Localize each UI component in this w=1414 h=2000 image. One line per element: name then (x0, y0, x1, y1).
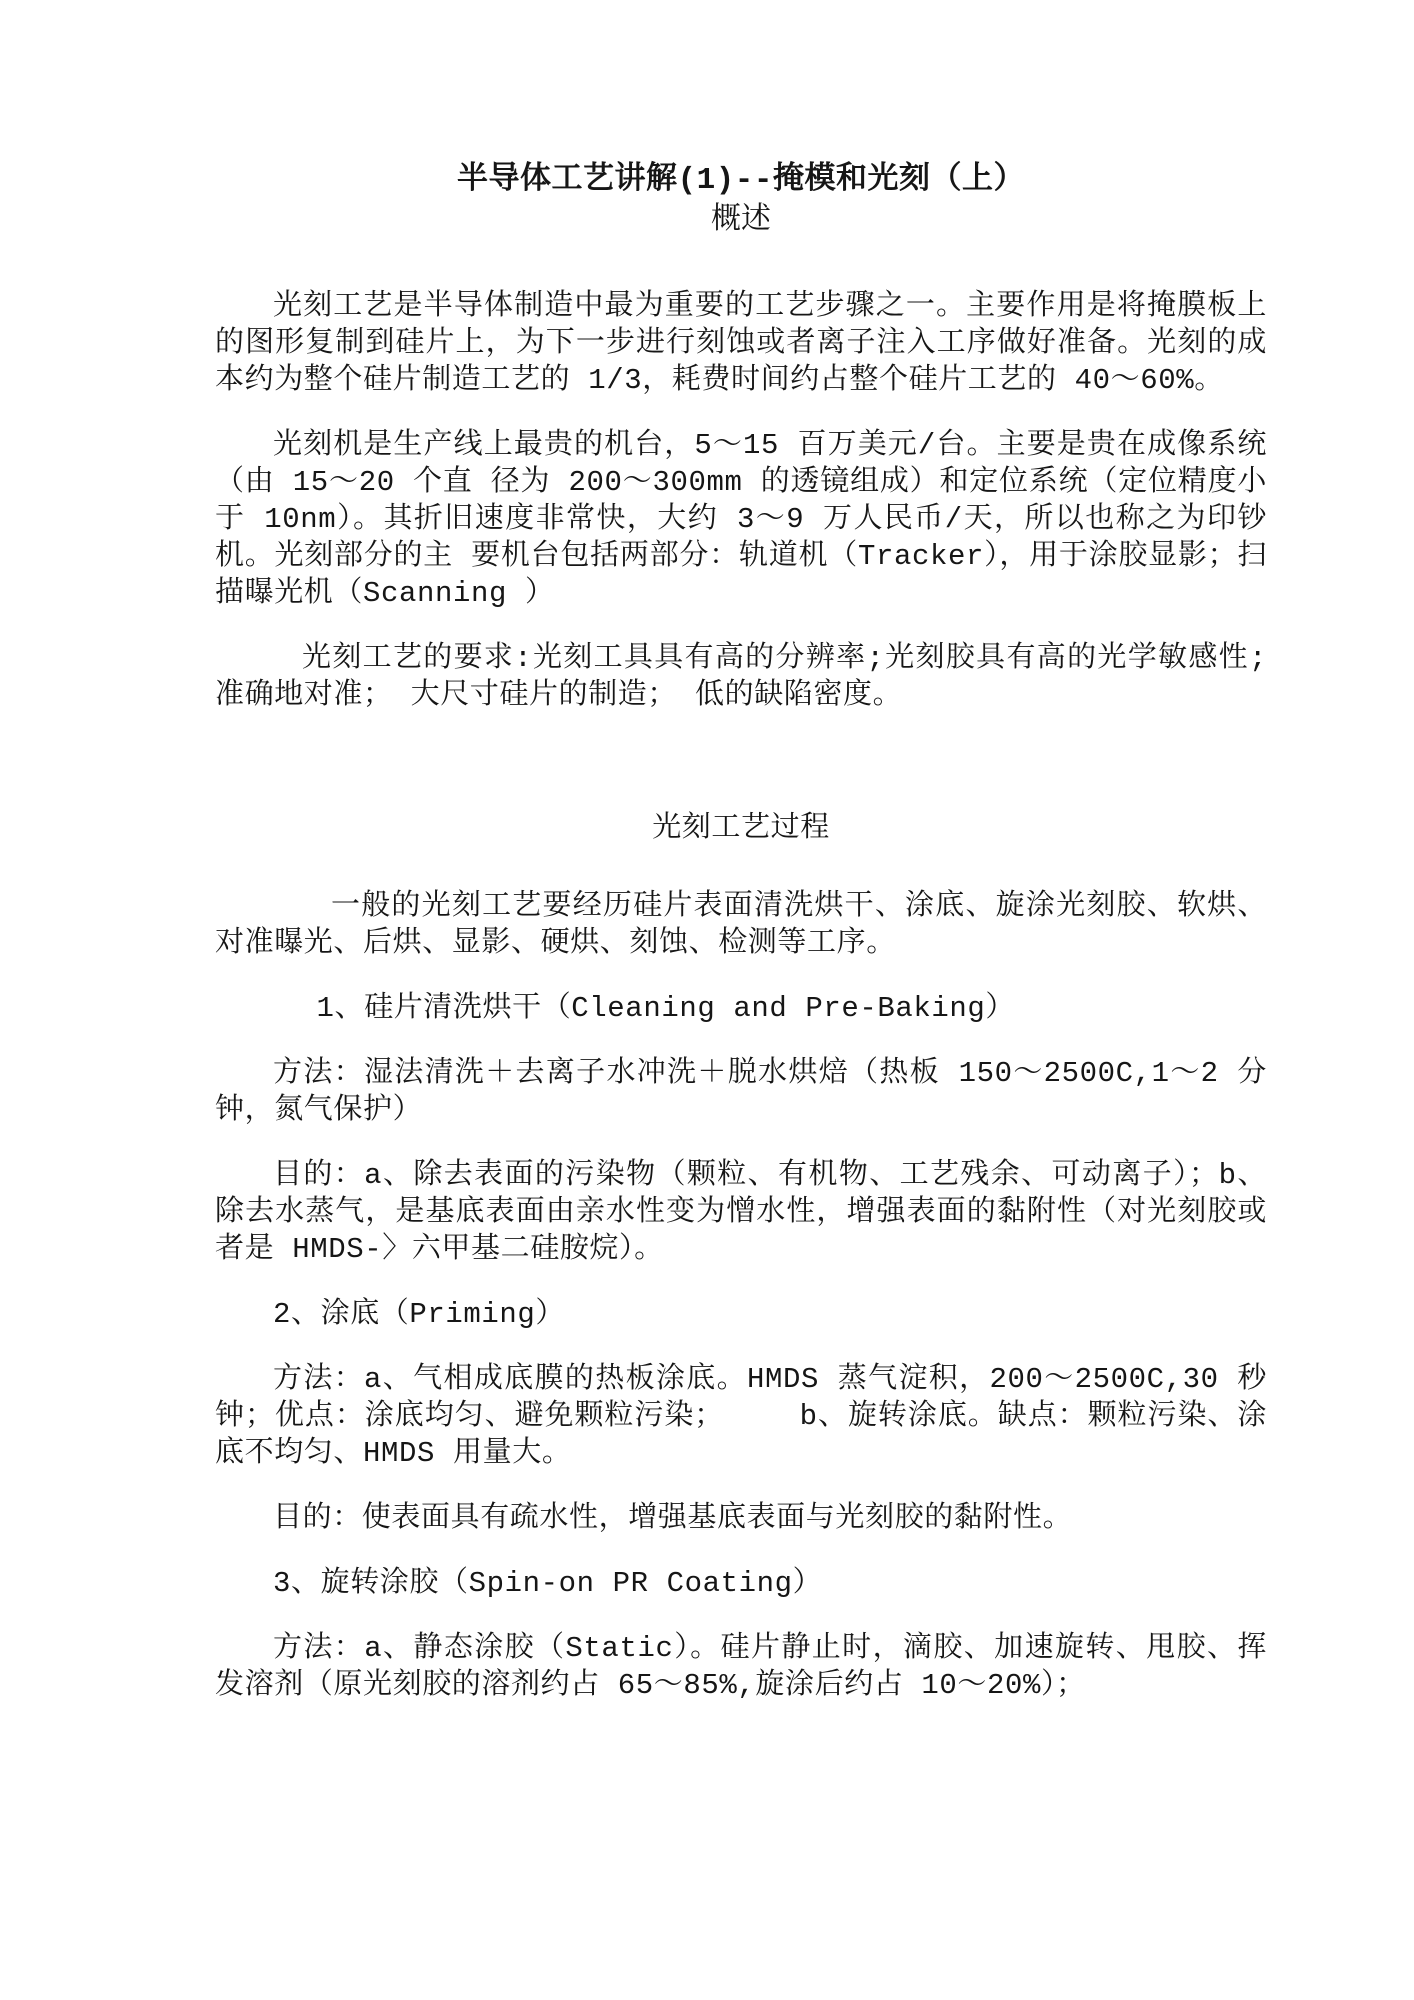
item-3-spin-on-coating: 3、旋转涂胶（Spin-on PR Coating） (215, 1565, 1267, 1602)
paragraph-spin-coating-method: 方法：a、静态涂胶（Static）。硅片静止时，滴胶、加速旋转、甩胶、挥发溶剂（… (215, 1630, 1267, 1704)
document-page: 半导体工艺讲解(1)--掩模和光刻（上） 概述 光刻工艺是半导体制造中最为重要的… (0, 0, 1414, 2000)
doc-subtitle: 概述 (215, 202, 1267, 240)
paragraph-priming-purpose: 目的：使表面具有疏水性，增强基底表面与光刻胶的黏附性。 (215, 1500, 1267, 1537)
paragraph-litho-requirements: 光刻工艺的要求:光刻工具具有高的分辨率;光刻胶具有高的光学敏感性;准确地对准； … (215, 640, 1267, 714)
paragraph-priming-method: 方法：a、气相成底膜的热板涂底。HMDS 蒸气淀积，200～2500C,30 秒… (215, 1361, 1267, 1472)
paragraph-cleaning-method: 方法：湿法清洗＋去离子水冲洗＋脱水烘焙（热板 150～2500C,1～2 分钟，… (215, 1055, 1267, 1129)
doc-title: 半导体工艺讲解(1)--掩模和光刻（上） (215, 160, 1267, 202)
paragraph-process-overview: 一般的光刻工艺要经历硅片表面清洗烘干、涂底、旋涂光刻胶、软烘、对准曝光、后烘、显… (215, 888, 1267, 962)
section-heading-process: 光刻工艺过程 (215, 810, 1267, 848)
paragraph-cleaning-purpose: 目的：a、除去表面的污染物（颗粒、有机物、工艺残余、可动离子）；b、除去水蒸气，… (215, 1157, 1267, 1268)
paragraph-litho-intro: 光刻工艺是半导体制造中最为重要的工艺步骤之一。主要作用是将掩膜板上的图形复制到硅… (215, 288, 1267, 399)
item-1-cleaning-prebaking: 1、硅片清洗烘干（Cleaning and Pre-Baking） (215, 990, 1267, 1027)
item-2-priming: 2、涂底（Priming） (215, 1296, 1267, 1333)
document-body: 半导体工艺讲解(1)--掩模和光刻（上） 概述 光刻工艺是半导体制造中最为重要的… (0, 0, 1414, 1704)
paragraph-litho-machine: 光刻机是生产线上最贵的机台，5～15 百万美元/台。主要是贵在成像系统（由 15… (215, 427, 1267, 612)
